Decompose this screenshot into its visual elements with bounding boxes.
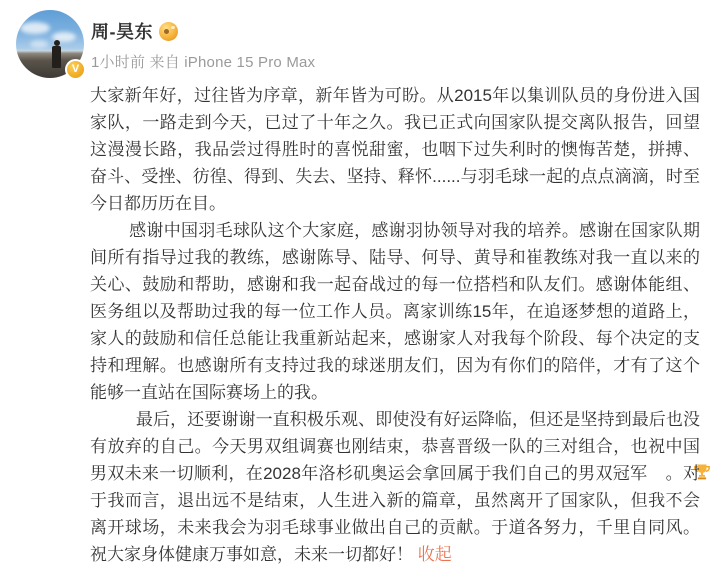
trophy-emoji-icon: [647, 462, 665, 480]
author-name[interactable]: 周-昊东: [91, 18, 153, 44]
verified-v-badge-icon: V: [65, 59, 86, 80]
cloud-decoration: [20, 22, 50, 34]
weibo-post-page: V 周-昊东 1小时前 来自 iPhone 15 Pro Max 大家新年好，过…: [0, 0, 720, 569]
post-paragraph-1: 大家新年好，过往皆为序章，新年皆为可盼。从2015年以集训队员的身份进入国家队，…: [90, 82, 700, 217]
collapse-link[interactable]: 收起: [418, 545, 452, 564]
post-paragraph-2: 感谢中国羽毛球队这个大家庭，感谢羽协领导对我的培养。感谢在国家队期间所有指导过我…: [90, 217, 700, 406]
avatar[interactable]: V: [16, 10, 84, 78]
post-header: V 周-昊东 1小时前 来自 iPhone 15 Pro Max: [16, 10, 315, 78]
post-paragraph-3-text: 最后，还要谢谢一直积极乐观、即使没有好运降临，但还是坚持到最后也没有放弃的自己。…: [90, 410, 700, 483]
person-silhouette: [52, 46, 61, 68]
post-text: 大家新年好，过往皆为序章，新年皆为可盼。从2015年以集训队员的身份进入国家队，…: [90, 82, 700, 568]
author-info: 周-昊东 1小时前 来自 iPhone 15 Pro Max: [91, 10, 315, 78]
post-time-source: 1小时前 来自 iPhone 15 Pro Max: [91, 51, 315, 72]
post-paragraph-3: 最后，还要谢谢一直积极乐观、即使没有好运降临，但还是坚持到最后也没有放弃的自己。…: [90, 406, 700, 568]
gold-emoji-badge-icon: [159, 22, 178, 41]
cloud-decoration: [30, 40, 48, 48]
